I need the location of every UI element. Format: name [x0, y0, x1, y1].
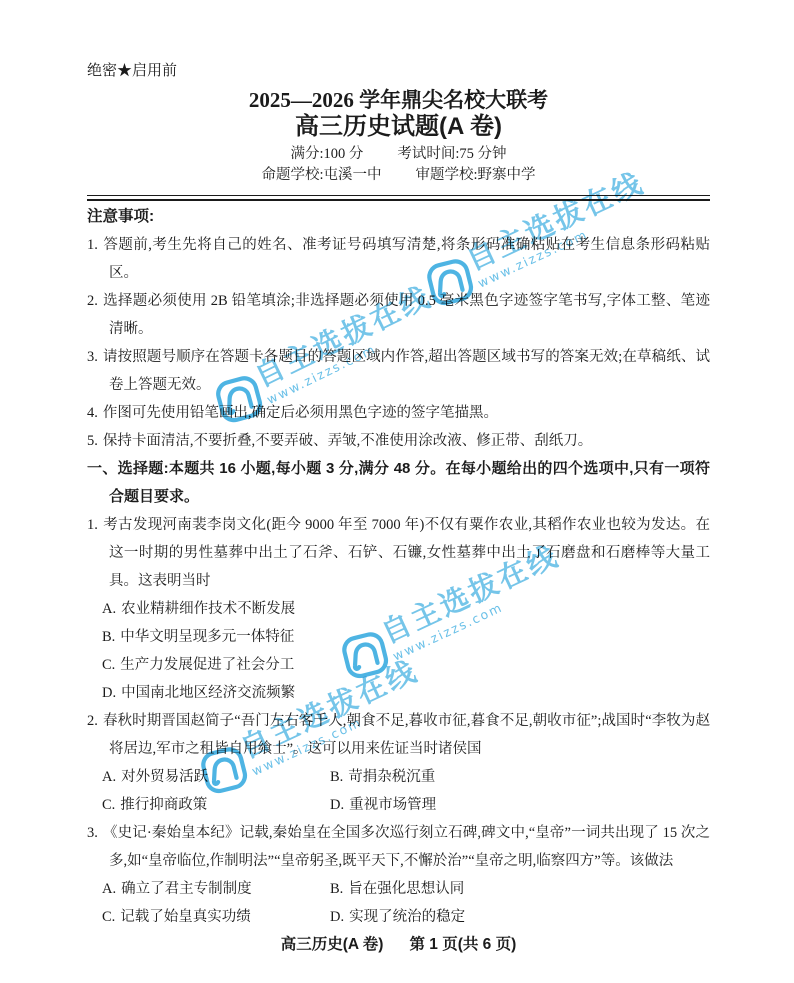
paper-title: 高三历史试题(A 卷)	[87, 111, 710, 143]
option-label: D.	[330, 797, 344, 813]
option-item: B.苛捐杂税沉重	[330, 763, 710, 791]
question-stem-text: 春秋时期晋国赵简子“吾门左右客千人,朝食不足,暮收市征,暮食不足,朝收市征”;战…	[103, 713, 710, 757]
option-label: B.	[330, 881, 343, 897]
notice-item-text: 请按照题号顺序在答题卡各题目的答题区域内作答,超出答题区域书写的答案无效;在草稿…	[103, 349, 710, 393]
question-number: 2.	[87, 713, 98, 729]
option-item: B.旨在强化思想认同	[330, 875, 710, 903]
question-stem: 3.《史记·秦始皇本纪》记载,秦始皇在全国多次巡行刻立石碑,碑文中,“皇帝”一词…	[87, 819, 710, 875]
option-item: C.推行抑商政策	[102, 791, 330, 819]
score-time-line: 满分:100 分考试时间:75 分钟	[87, 144, 710, 165]
header-divider	[87, 195, 710, 201]
option-label: B.	[330, 769, 343, 785]
options-list: A.确立了君主专制制度 B.旨在强化思想认同 C.记载了始皇真实功绩 D.实现了…	[102, 875, 710, 931]
option-item: D.实现了统治的稳定	[330, 903, 710, 931]
notice-item-text: 答题前,考生先将自己的姓名、准考证号码填写清楚,将条形码准确粘贴在考生信息条形码…	[103, 237, 710, 281]
option-label: B.	[102, 629, 115, 645]
footer-paper-name: 高三历史(A 卷)	[281, 931, 384, 959]
question-stem: 2.春秋时期晋国赵简子“吾门左右客千人,朝食不足,暮收市征,暮食不足,朝收市征”…	[87, 707, 710, 763]
question-stem-text: 考古发现河南裴李岗文化(距今 9000 年至 7000 年)不仅有粟作农业,其稻…	[103, 517, 710, 589]
notice-item-text: 作图可先使用铅笔画出,确定后必须用黑色字迹的签字笔描黑。	[103, 405, 498, 421]
option-text: 重视市场管理	[349, 797, 436, 813]
option-item: A.确立了君主专制制度	[102, 875, 330, 903]
option-text: 记载了始皇真实功绩	[120, 909, 251, 925]
section-heading: 一、选择题:本题共 16 小题,每小题 3 分,满分 48 分。在每小题给出的四…	[87, 455, 710, 511]
question-block: 3.《史记·秦始皇本纪》记载,秦始皇在全国多次巡行刻立石碑,碑文中,“皇帝”一词…	[87, 819, 710, 931]
notice-item: 4.作图可先使用铅笔画出,确定后必须用黑色字迹的签字笔描黑。	[87, 399, 710, 427]
notice-item: 3.请按照题号顺序在答题卡各题目的答题区域内作答,超出答题区域书写的答案无效;在…	[87, 343, 710, 399]
notice-item: 1.答题前,考生先将自己的姓名、准考证号码填写清楚,将条形码准确粘贴在考生信息条…	[87, 231, 710, 287]
full-score: 满分:100 分	[290, 146, 363, 162]
option-text: 农业精耕细作技术不断发展	[121, 601, 295, 617]
question-stem-text: 《史记·秦始皇本纪》记载,秦始皇在全国多次巡行刻立石碑,碑文中,“皇帝”一词共出…	[103, 825, 710, 869]
footer-page-number: 第 1 页(共 6 页)	[409, 931, 516, 959]
option-item: D.重视市场管理	[330, 791, 710, 819]
option-item: C.生产力发展促进了社会分工	[102, 651, 710, 679]
notice-item-number: 1.	[87, 237, 98, 253]
option-label: D.	[102, 685, 116, 701]
notice-item: 2.选择题必须使用 2B 铅笔填涂;非选择题必须使用 0.5 毫米黑色字迹签字笔…	[87, 287, 710, 343]
option-item: A.农业精耕细作技术不断发展	[102, 595, 710, 623]
option-text: 推行抑商政策	[120, 797, 207, 813]
option-item: A.对外贸易活跃	[102, 763, 330, 791]
schools-line: 命题学校:屯溪一中审题学校:野寨中学	[87, 165, 710, 186]
option-item: D.中国南北地区经济交流频繁	[102, 679, 710, 707]
option-item: C.记载了始皇真实功绩	[102, 903, 330, 931]
notice-section: 注意事项: 1.答题前,考生先将自己的姓名、准考证号码填写清楚,将条形码准确粘贴…	[87, 203, 710, 455]
setter-school: 命题学校:屯溪一中	[261, 167, 381, 183]
notice-item-number: 2.	[87, 293, 98, 309]
notice-item-text: 保持卡面清洁,不要折叠,不要弄破、弄皱,不准使用涂改液、修正带、刮纸刀。	[103, 433, 592, 449]
page-footer: 高三历史(A 卷) 第 1 页(共 6 页)	[87, 931, 710, 959]
reviewer-school: 审题学校:野寨中学	[416, 167, 536, 183]
question-block: 2.春秋时期晋国赵简子“吾门左右客千人,朝食不足,暮收市征,暮食不足,朝收市征”…	[87, 707, 710, 819]
option-text: 生产力发展促进了社会分工	[120, 657, 294, 673]
question-block: 1.考古发现河南裴李岗文化(距今 9000 年至 7000 年)不仅有粟作农业,…	[87, 511, 710, 707]
security-classification: 绝密★启用前	[87, 60, 710, 82]
option-label: C.	[102, 657, 115, 673]
option-label: A.	[102, 601, 116, 617]
option-label: A.	[102, 769, 116, 785]
notice-item-number: 4.	[87, 405, 98, 421]
notice-item-number: 3.	[87, 349, 98, 365]
multiple-choice-section: 一、选择题:本题共 16 小题,每小题 3 分,满分 48 分。在每小题给出的四…	[87, 455, 710, 959]
notice-item-text: 选择题必须使用 2B 铅笔填涂;非选择题必须使用 0.5 毫米黑色字迹签字笔书写…	[103, 293, 710, 337]
option-text: 确立了君主专制制度	[121, 881, 252, 897]
exam-page: 绝密★启用前 2025—2026 学年鼎尖名校大联考 高三历史试题(A 卷) 满…	[0, 0, 794, 983]
option-label: A.	[102, 881, 116, 897]
option-text: 中华文明呈现多元一体特征	[120, 629, 294, 645]
question-number: 3.	[87, 825, 98, 841]
option-label: D.	[330, 909, 344, 925]
notice-heading: 注意事项:	[87, 203, 710, 231]
notice-item-number: 5.	[87, 433, 98, 449]
option-label: C.	[102, 909, 115, 925]
question-stem: 1.考古发现河南裴李岗文化(距今 9000 年至 7000 年)不仅有粟作农业,…	[87, 511, 710, 595]
notice-item: 5.保持卡面清洁,不要折叠,不要弄破、弄皱,不准使用涂改液、修正带、刮纸刀。	[87, 427, 710, 455]
option-label: C.	[102, 797, 115, 813]
option-item: B.中华文明呈现多元一体特征	[102, 623, 710, 651]
option-text: 旨在强化思想认同	[348, 881, 464, 897]
option-text: 苛捐杂税沉重	[348, 769, 435, 785]
option-text: 对外贸易活跃	[121, 769, 208, 785]
option-text: 实现了统治的稳定	[349, 909, 465, 925]
options-list: A.对外贸易活跃 B.苛捐杂税沉重 C.推行抑商政策 D.重视市场管理	[102, 763, 710, 819]
exam-duration: 考试时间:75 分钟	[397, 146, 506, 162]
option-text: 中国南北地区经济交流频繁	[121, 685, 295, 701]
options-list: A.农业精耕细作技术不断发展 B.中华文明呈现多元一体特征 C.生产力发展促进了…	[102, 595, 710, 707]
question-number: 1.	[87, 517, 98, 533]
